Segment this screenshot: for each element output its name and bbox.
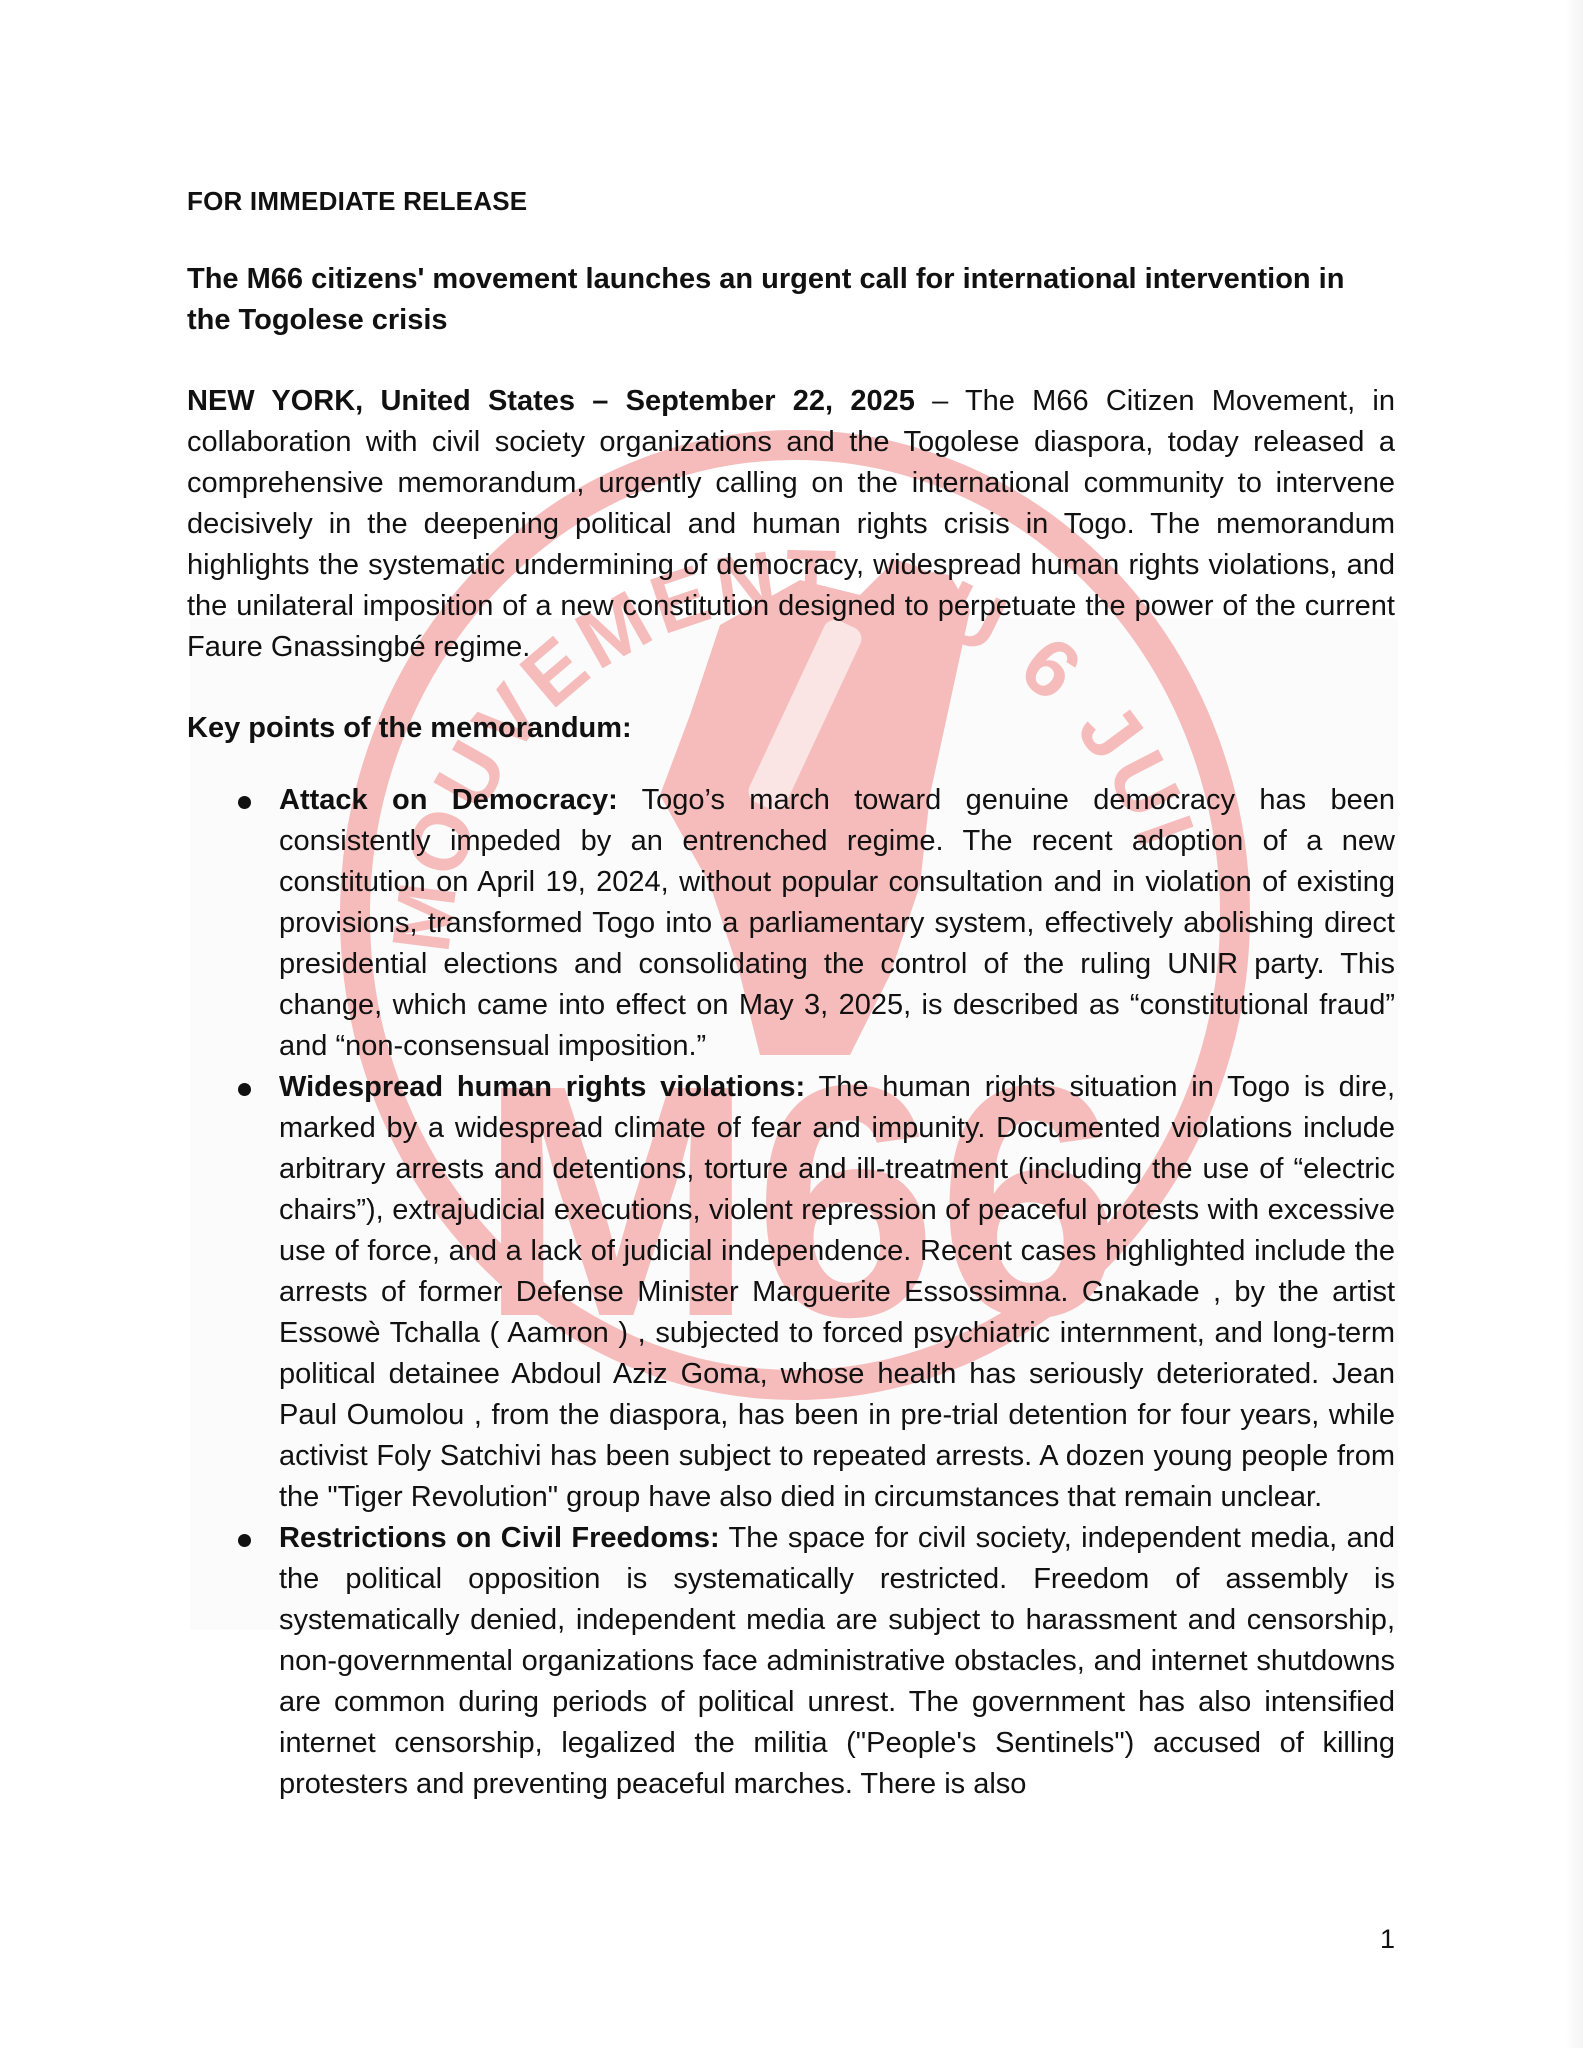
- list-item: Restrictions on Civil Freedoms: The spac…: [187, 1518, 1395, 1805]
- bullet-icon: [238, 1534, 251, 1547]
- key-point-text: Togo’s march toward genuine democracy ha…: [279, 784, 1395, 1062]
- key-point-heading: Widespread human rights violations:: [279, 1071, 805, 1103]
- key-point-text: The human rights situation in Togo is di…: [279, 1071, 1395, 1513]
- intro-paragraph: NEW YORK, United States – September 22, …: [187, 381, 1395, 668]
- bullet-icon: [238, 1083, 251, 1096]
- list-item: Attack on Democracy: Togo’s march toward…: [187, 780, 1395, 1067]
- list-item: Widespread human rights violations: The …: [187, 1067, 1395, 1518]
- key-point-heading: Attack on Democracy:: [279, 784, 618, 816]
- page-edge-shade: [1565, 0, 1583, 2048]
- key-point-heading: Restrictions on Civil Freedoms:: [279, 1522, 720, 1554]
- bullet-icon: [238, 796, 251, 809]
- page-number: 1: [1380, 1924, 1395, 1955]
- dateline: NEW YORK, United States – September 22, …: [187, 385, 915, 417]
- key-points-list: Attack on Democracy: Togo’s march toward…: [187, 780, 1395, 1805]
- release-label: FOR IMMEDIATE RELEASE: [187, 186, 527, 217]
- key-points-heading: Key points of the memorandum:: [187, 708, 632, 749]
- key-point-text: The space for civil society, independent…: [279, 1522, 1395, 1800]
- intro-text: – The M66 Citizen Movement, in collabora…: [187, 385, 1395, 663]
- page-title: The M66 citizens' movement launches an u…: [187, 259, 1395, 341]
